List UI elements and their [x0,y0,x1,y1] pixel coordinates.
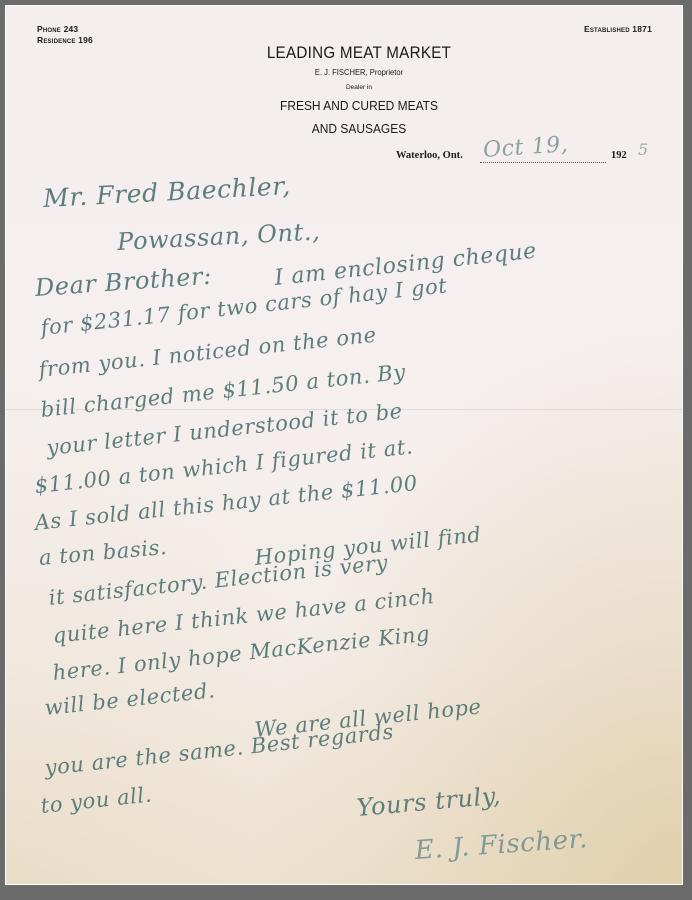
date-dotted-rule [480,162,606,163]
phone-number: Phone 243 [37,24,93,35]
closing: Yours truly, [356,782,502,822]
salutation: Dear Brother: [34,262,213,302]
place-label: Waterloo, Ont. [396,150,463,161]
recipient-place: Powassan, Ont., [117,217,321,256]
letter-page: Phone 243 Residence 196 Established 1871… [5,5,683,885]
goods-line-1: FRESH AND CURED MEATS [62,97,656,114]
body-line: you are the same. Best regards [43,719,394,780]
body-line: a ton basis. [38,535,168,570]
printed-year-prefix: 192 [611,150,627,161]
dealer-in-label: Dealer in [36,84,682,91]
business-name: LEADING MEAT MARKET [62,44,656,63]
body-line: will be elected. [43,678,216,720]
letterhead-center: LEADING MEAT MARKET E. J. FISCHER, Propr… [6,44,682,137]
letterhead-phone-block: Phone 243 Residence 196 [37,24,93,45]
handwritten-year-digit: 5 [638,140,649,159]
handwritten-date: Oct 19, [482,132,569,163]
proprietor: E. J. FISCHER, Proprietor [52,68,666,77]
signature: E. J. Fischer. [414,824,589,866]
body-line: to you all. [39,782,153,818]
established-year: Established 1871 [584,24,652,34]
recipient-name: Mr. Fred Baechler, [42,171,291,213]
